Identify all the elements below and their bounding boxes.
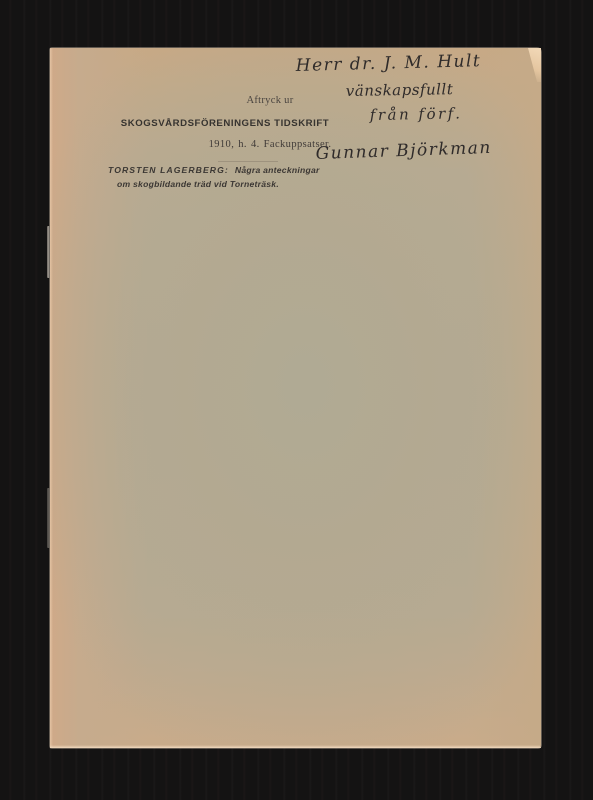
inscription-from-author: från förf. [370,104,463,124]
offprint-cover: Aftryck ur SKOGSVÅRDSFÖRENINGENS TIDSKRI… [50,48,541,748]
spine-edge [50,48,53,748]
divider-rule [218,161,278,162]
inscription-recipient: Herr dr. J. M. Hult [295,51,481,76]
bottom-edge [50,745,541,748]
author-title-line: TORSTEN LAGERBERG:Några anteckningar [108,165,320,175]
author-name: TORSTEN LAGERBERG: [108,165,229,175]
journal-title: SKOGSVÅRDSFÖRENINGENS TIDSKRIFT [113,118,337,129]
article-title-part1: Några anteckningar [235,165,320,175]
offprint-label: Aftryck ur [183,95,357,106]
worn-corner [528,48,541,82]
staple-mark [47,226,50,278]
staple-mark [47,488,50,548]
inscription-greeting: vänskapsfullt [346,80,454,100]
article-title-part2: om skogbildande träd vid Torneträsk. [117,179,279,189]
